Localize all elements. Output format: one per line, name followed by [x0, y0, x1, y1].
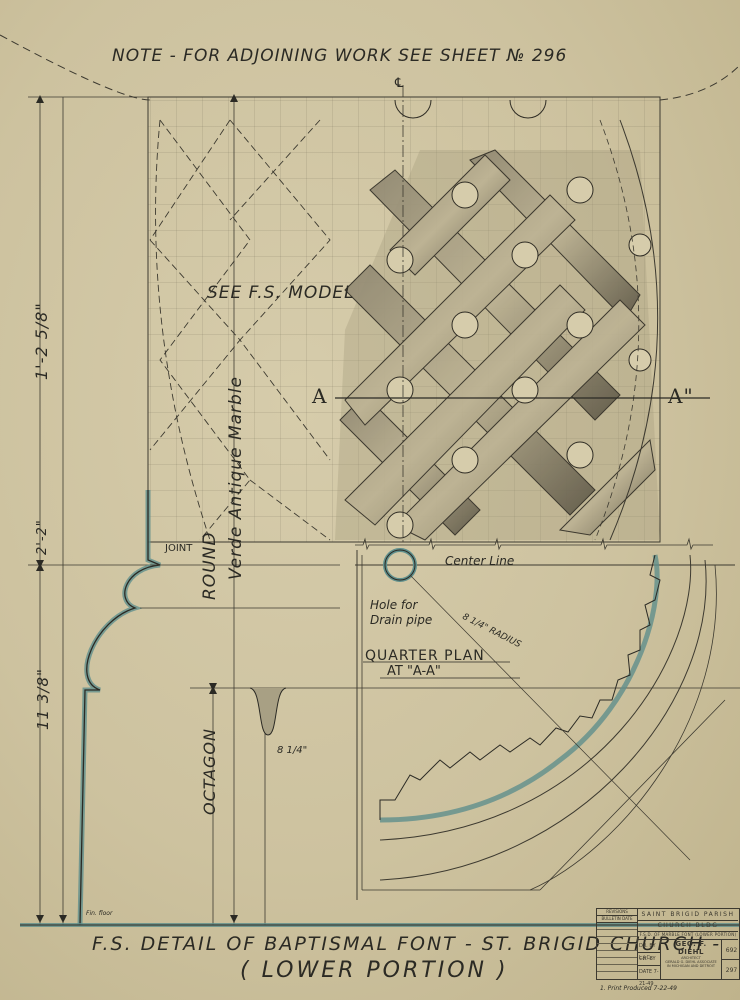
drawn-by: DR. BY L.J.C.: [638, 940, 660, 953]
sheet-title: F.S.D. OF MARBLE FONT (LOWER PORTION): [638, 931, 738, 940]
round-label: ROUND: [200, 532, 220, 600]
date-col: DATE: [622, 916, 632, 921]
finish-floor-label: Fin. floor: [86, 910, 112, 917]
job-sheet-numbers: 692 297: [721, 940, 740, 979]
quarter-plan-title: QUARTER PLAN: [365, 648, 485, 664]
revision-row: [597, 923, 637, 930]
checked-by: CH. BY: [638, 953, 660, 966]
joint-label: JOINT: [165, 543, 192, 554]
revisions-table: REVISIONS BULLETIN DATE: [597, 909, 638, 979]
dimension-overall: 2'-2": [35, 519, 50, 555]
architect-name: GEO. F. DIEHL: [661, 940, 721, 956]
drawing-subtitle: ( LOWER PORTION ): [240, 958, 509, 983]
architect-info: GEO. F. DIEHL ARCHITECT GERALD G. DIEHL …: [661, 940, 721, 968]
material-label: Verde Antique Marble: [226, 376, 246, 580]
dimension-lower: 11 3/8": [34, 668, 52, 730]
bulletin-col: BULLETIN: [602, 916, 621, 921]
octagon-label: OCTAGON: [200, 728, 219, 815]
sheet-number: 297: [722, 960, 740, 979]
revision-row: [597, 958, 637, 965]
section-marker-left: A: [312, 384, 327, 408]
title-block: REVISIONS BULLETIN DATE SAINT BRIGID PAR…: [596, 908, 740, 980]
section-marker-right: A": [668, 384, 694, 408]
center-line-label: Center Line: [445, 554, 514, 568]
revision-row: [597, 930, 637, 937]
revisions-header: REVISIONS: [597, 909, 637, 916]
drawn-by-label: DR. BY: [639, 943, 656, 949]
flute-dimension: 8 1/4": [277, 745, 307, 756]
dimension-upper: 1'-2 5/8": [32, 302, 51, 380]
hole-for-label: Hole for: [370, 598, 417, 612]
location: IN MICHIGAN AND DETROIT: [661, 964, 721, 968]
revision-row: [597, 951, 637, 958]
job-number: 692: [722, 940, 740, 960]
adjoining-work-note: NOTE - FOR ADJOINING WORK SEE SHEET № 29…: [112, 46, 567, 66]
centerline-symbol: ℄: [395, 76, 404, 91]
revisions-columns: BULLETIN DATE: [597, 916, 637, 923]
drawing-sheet: NOTE - FOR ADJOINING WORK SEE SHEET № 29…: [0, 0, 740, 1000]
date-label: DATE: [639, 969, 652, 975]
see-model-note: SEE F.S. MODEL: [207, 283, 355, 303]
revision-row: [597, 944, 637, 951]
drawing-linework: [0, 0, 740, 1000]
drawn-info: DR. BY L.J.C. CH. BY DATE 7-21-49: [638, 940, 661, 979]
revision-row: [597, 965, 637, 972]
quarter-plan-subtitle: AT "A-A": [387, 664, 441, 679]
date: DATE 7-21-49: [638, 966, 660, 978]
drain-pipe-label: Drain pipe: [370, 613, 432, 627]
revision-row: [597, 937, 637, 944]
